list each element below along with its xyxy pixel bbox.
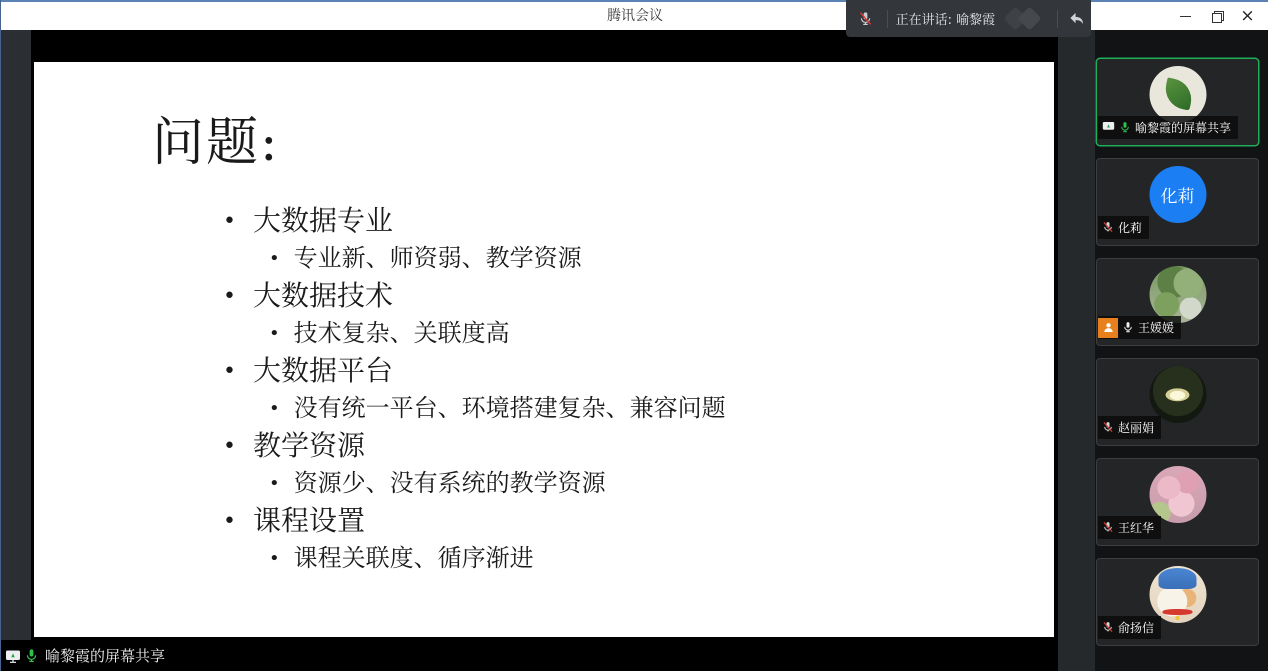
slide-bullet-list: 大数据专业 专业新、师资弱、教学资源 大数据技术 技术复杂、关联度高 大数据平台… — [223, 202, 726, 577]
participant-name: 王红华 — [1118, 519, 1154, 536]
avatar: 化莉 — [1149, 166, 1206, 223]
avatar-initials: 化莉 — [1161, 182, 1195, 207]
shared-app-left-edge — [1, 30, 31, 640]
person-badge-icon — [1098, 318, 1118, 338]
bullet-main: 大数据平台 — [223, 352, 726, 390]
participant-label: 喻黎霞的屏幕共享 — [1098, 116, 1238, 139]
participant-label: 王媛媛 — [1098, 316, 1181, 339]
back-arrow-button[interactable] — [1068, 5, 1085, 33]
cat-bell-image — [1175, 616, 1180, 621]
mic-muted-icon — [1102, 518, 1114, 537]
bullet-main: 课程设置 — [223, 502, 726, 540]
mic-muted-icon — [1102, 418, 1114, 437]
participant-label: 俞扬信 — [1098, 616, 1161, 639]
bullet-main: 大数据专业 — [223, 202, 726, 240]
participant-label: 王红华 — [1098, 516, 1161, 539]
mic-on-icon — [1119, 118, 1131, 137]
participant-tile[interactable]: 化莉 化莉 — [1096, 158, 1259, 246]
mic-muted-icon — [1102, 618, 1114, 637]
participant-tile[interactable]: 赵丽娟 — [1096, 358, 1259, 446]
participant-tiles: 喻黎霞的屏幕共享 化莉 化莉 — [1096, 58, 1259, 658]
participant-label: 化莉 — [1098, 216, 1149, 239]
avatar — [1149, 466, 1206, 523]
cat-hat-image — [1158, 568, 1197, 589]
presentation-slide: 问题: 大数据专业 专业新、师资弱、教学资源 大数据技术 技术复杂、关联度高 大… — [34, 62, 1054, 637]
bullet-sub: 专业新、师资弱、教学资源 — [223, 240, 726, 278]
waterlily-image — [1166, 388, 1190, 401]
participant-tile-sharer[interactable]: 喻黎霞的屏幕共享 — [1096, 58, 1259, 146]
participant-tile[interactable]: 王红华 — [1096, 458, 1259, 546]
speaking-banner: 正在讲话: 喻黎霞 — [846, 0, 1091, 37]
bullet-sub: 技术复杂、关联度高 — [223, 315, 726, 353]
meeting-window: 腾讯会议 × 正在讲话: 喻黎霞 — [0, 0, 1268, 671]
minimize-button[interactable] — [1170, 2, 1201, 30]
participant-tile[interactable]: 俞扬信 — [1096, 558, 1259, 646]
mic-on-icon — [24, 648, 39, 663]
participant-name: 俞扬信 — [1118, 619, 1154, 636]
avatar — [1149, 566, 1206, 623]
divider — [887, 10, 888, 28]
share-status-text: 喻黎霞的屏幕共享 — [45, 645, 165, 666]
participant-sidebar: 喻黎霞的屏幕共享 化莉 化莉 — [1058, 30, 1268, 671]
participant-name: 王媛媛 — [1138, 319, 1174, 336]
bullet-sub: 课程关联度、循序渐进 — [223, 540, 726, 578]
meeting-logo-watermark-icon — [1003, 6, 1049, 32]
divider — [1057, 10, 1058, 28]
screen-share-icon — [5, 648, 21, 664]
slide-title: 问题: — [152, 100, 280, 175]
screen-share-viewport: 问题: 大数据专业 专业新、师资弱、教学资源 大数据技术 技术复杂、关联度高 大… — [1, 30, 1058, 671]
bullet-main: 教学资源 — [223, 427, 726, 465]
window-controls: × — [1170, 2, 1263, 30]
reply-arrow-icon — [1068, 11, 1085, 26]
bullet-sub: 资源少、没有系统的教学资源 — [223, 465, 726, 503]
participant-name: 赵丽娟 — [1118, 419, 1154, 436]
close-button[interactable]: × — [1232, 2, 1263, 30]
participant-label: 赵丽娟 — [1098, 416, 1161, 439]
participant-tile[interactable]: 王媛媛 — [1096, 258, 1259, 346]
avatar — [1149, 366, 1206, 423]
participant-name: 化莉 — [1118, 219, 1142, 236]
cat-collar-image — [1163, 609, 1193, 615]
participant-name: 喻黎霞的屏幕共享 — [1135, 119, 1231, 136]
leaf-image — [1161, 77, 1194, 110]
avatar — [1149, 66, 1206, 123]
share-status-bar: 喻黎霞的屏幕共享 — [1, 640, 1058, 671]
screen-share-icon — [1102, 118, 1115, 137]
bullet-main: 大数据技术 — [223, 277, 726, 315]
mic-muted-icon — [858, 11, 873, 26]
avatar — [1149, 266, 1206, 323]
speaking-label: 正在讲话: 喻黎霞 — [896, 9, 996, 28]
minimize-icon — [1180, 16, 1191, 17]
restore-button[interactable] — [1201, 2, 1232, 30]
mic-muted-icon — [1102, 218, 1114, 237]
sidebar-left-strip — [1058, 30, 1095, 671]
mic-on-icon — [1122, 318, 1134, 337]
bullet-sub: 没有统一平台、环境搭建复杂、兼容问题 — [223, 390, 726, 428]
restore-icon — [1212, 11, 1222, 21]
